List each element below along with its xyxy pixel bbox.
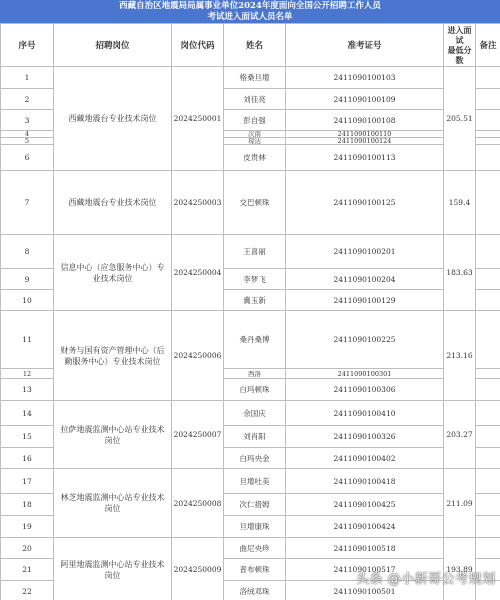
cell-ticket: 2411090100326: [286, 426, 444, 448]
cell-position: 林芝地震监测中心站专业技术岗位: [54, 469, 172, 538]
table-row: 17 林芝地震监测中心站专业技术岗位 2024250008 旦增吐美 24110…: [1, 469, 500, 494]
cell-remark: [476, 131, 500, 138]
cell-code: 2024250003: [172, 171, 224, 235]
cell-ticket: 2411090100109: [286, 89, 444, 110]
header-name: 姓名: [224, 24, 286, 67]
cell-name: 冀玉新: [224, 290, 286, 311]
cell-seq: 22: [1, 581, 54, 600]
cell-remark: [476, 311, 500, 369]
cell-seq: 12: [1, 369, 54, 379]
table-row: 14 拉萨地震监测中心站专业技术岗位 2024250007 余国庆 241109…: [1, 401, 500, 426]
cell-remark: [476, 171, 500, 235]
title-line-2: 考试进入面试人员名单: [0, 12, 500, 23]
interview-roster-table: 序号 招聘岗位 岗位代码 姓名 准考证号 进入面试最低分数 备注 1 西藏地震台…: [0, 23, 500, 600]
cell-ticket: 2411090100113: [286, 145, 444, 171]
cell-seq: 9: [1, 269, 54, 290]
cell-seq: 13: [1, 379, 54, 401]
cell-ticket: 2411090100306: [286, 379, 444, 401]
watermark: 头条 @小新哥公考规划: [356, 568, 496, 587]
cell-remark: [476, 290, 500, 311]
cell-position: 财务与国有资产管理中心（后勤服务中心）专业技术岗位: [54, 311, 172, 401]
cell-ticket: 2411090100424: [286, 516, 444, 538]
cell-remark: [476, 269, 500, 290]
cell-remark: [476, 379, 500, 401]
cell-min-score: 211.09: [444, 469, 476, 538]
cell-seq: 20: [1, 538, 54, 559]
cell-seq: 1: [1, 67, 54, 89]
header-code: 岗位代码: [172, 24, 224, 67]
cell-ticket: 2411090100204: [286, 269, 444, 290]
cell-remark: [476, 89, 500, 110]
cell-remark: [476, 469, 500, 494]
cell-code: 2024250006: [172, 311, 224, 401]
cell-seq: 6: [1, 145, 54, 171]
cell-seq: 17: [1, 469, 54, 494]
cell-name: 洛绒邓珠: [224, 581, 286, 600]
cell-seq: 8: [1, 235, 54, 269]
cell-remark: [476, 516, 500, 538]
cell-name: 白玛顿珠: [224, 379, 286, 401]
header-row: 序号 招聘岗位 岗位代码 姓名 准考证号 进入面试最低分数 备注: [1, 24, 500, 67]
header-remark: 备注: [476, 24, 500, 67]
cell-ticket: 2411090100103: [286, 67, 444, 89]
cell-ticket: 2411090100129: [286, 290, 444, 311]
cell-name: 白玛央金: [224, 448, 286, 469]
cell-seq: 14: [1, 401, 54, 426]
cell-name: 格桑旦增: [224, 67, 286, 89]
cell-position: 拉萨地震监测中心站专业技术岗位: [54, 401, 172, 469]
cell-name: 彭自强: [224, 110, 286, 131]
header-min-score-line2: 最低分数: [448, 45, 472, 65]
cell-name: 皮贵林: [224, 145, 286, 171]
cell-seq: 21: [1, 559, 54, 581]
cell-name: 次南: [224, 131, 286, 138]
cell-seq: 5: [1, 138, 54, 145]
cell-remark: [476, 494, 500, 516]
cell-ticket: 2411090100402: [286, 448, 444, 469]
cell-code: 2024250001: [172, 67, 224, 171]
title-line-1: 西藏自治区地震局局属事业单位2024年度面向全国公开招聘工作人员: [0, 1, 500, 12]
cell-position: 西藏地震台专业技术岗位: [54, 171, 172, 235]
cell-ticket: 2411090100124: [286, 138, 444, 145]
cell-seq: 15: [1, 426, 54, 448]
cell-remark: [476, 235, 500, 269]
cell-name: 余国庆: [224, 401, 286, 426]
cell-position: 阿里地震监测中心站专业技术岗位: [54, 538, 172, 600]
cell-min-score: 159.4: [444, 171, 476, 235]
header-min-score-line1: 进入面试: [448, 25, 472, 45]
cell-ticket: 2411090100410: [286, 401, 444, 426]
cell-seq: 11: [1, 311, 54, 369]
cell-seq: 19: [1, 516, 54, 538]
cell-name: 交巴顿珠: [224, 171, 286, 235]
cell-name: 普布顿珠: [224, 559, 286, 581]
cell-seq: 4: [1, 131, 54, 138]
cell-name: 桑丹桑博: [224, 311, 286, 369]
cell-code: 2024250004: [172, 235, 224, 311]
cell-remark: [476, 426, 500, 448]
cell-code: 2024250009: [172, 538, 224, 600]
document-title: 西藏自治区地震局局属事业单位2024年度面向全国公开招聘工作人员 考试进入面试人…: [0, 0, 500, 23]
cell-min-score: 183.63: [444, 235, 476, 311]
table-row: 7 西藏地震台专业技术岗位 2024250003 交巴顿珠 2411090100…: [1, 171, 500, 235]
cell-ticket: 2411090100225: [286, 311, 444, 369]
cell-position: 西藏地震台专业技术岗位: [54, 67, 172, 171]
cell-min-score: 213.16: [444, 311, 476, 401]
table-row: 11 财务与国有资产管理中心（后勤服务中心）专业技术岗位 2024250006 …: [1, 311, 500, 369]
cell-seq: 3: [1, 110, 54, 131]
cell-name: 旦增吐美: [224, 469, 286, 494]
cell-name: 西洛: [224, 369, 286, 379]
cell-position: 信息中心（应急服务中心）专业技术岗位: [54, 235, 172, 311]
cell-remark: [476, 538, 500, 559]
cell-name: 刘肖阳: [224, 426, 286, 448]
cell-min-score: 203.27: [444, 401, 476, 469]
cell-name: 王喜丽: [224, 235, 286, 269]
cell-remark: [476, 145, 500, 171]
cell-ticket: 2411090100110: [286, 131, 444, 138]
cell-remark: [476, 448, 500, 469]
cell-seq: 2: [1, 89, 54, 110]
cell-name: 琼达: [224, 138, 286, 145]
cell-remark: [476, 110, 500, 131]
cell-name: 李梦飞: [224, 269, 286, 290]
header-ticket: 准考证号: [286, 24, 444, 67]
table-row: 1 西藏地震台专业技术岗位 2024250001 格桑旦增 2411090100…: [1, 67, 500, 89]
table-row: 20 阿里地震监测中心站专业技术岗位 2024250009 曲尼央珍 24110…: [1, 538, 500, 559]
cell-ticket: 2411090100301: [286, 369, 444, 379]
cell-seq: 16: [1, 448, 54, 469]
cell-remark: [476, 369, 500, 379]
cell-min-score: 205.51: [444, 67, 476, 171]
header-seq: 序号: [1, 24, 54, 67]
cell-code: 2024250007: [172, 401, 224, 469]
cell-ticket: 2411090100108: [286, 110, 444, 131]
cell-seq: 18: [1, 494, 54, 516]
header-position: 招聘岗位: [54, 24, 172, 67]
cell-ticket: 2411090100425: [286, 494, 444, 516]
header-min-score: 进入面试最低分数: [444, 24, 476, 67]
cell-name: 刘佳亮: [224, 89, 286, 110]
cell-ticket: 2411090100125: [286, 171, 444, 235]
cell-seq: 7: [1, 171, 54, 235]
cell-ticket: 2411090100201: [286, 235, 444, 269]
cell-code: 2024250008: [172, 469, 224, 538]
cell-remark: [476, 138, 500, 145]
cell-seq: 10: [1, 290, 54, 311]
cell-name: 次仁措姆: [224, 494, 286, 516]
table-row: 8 信息中心（应急服务中心）专业技术岗位 2024250004 王喜丽 2411…: [1, 235, 500, 269]
cell-name: 旦增康珠: [224, 516, 286, 538]
cell-name: 曲尼央珍: [224, 538, 286, 559]
cell-ticket: 2411090100418: [286, 469, 444, 494]
cell-remark: [476, 67, 500, 89]
cell-remark: [476, 401, 500, 426]
cell-ticket: 2411090100518: [286, 538, 444, 559]
